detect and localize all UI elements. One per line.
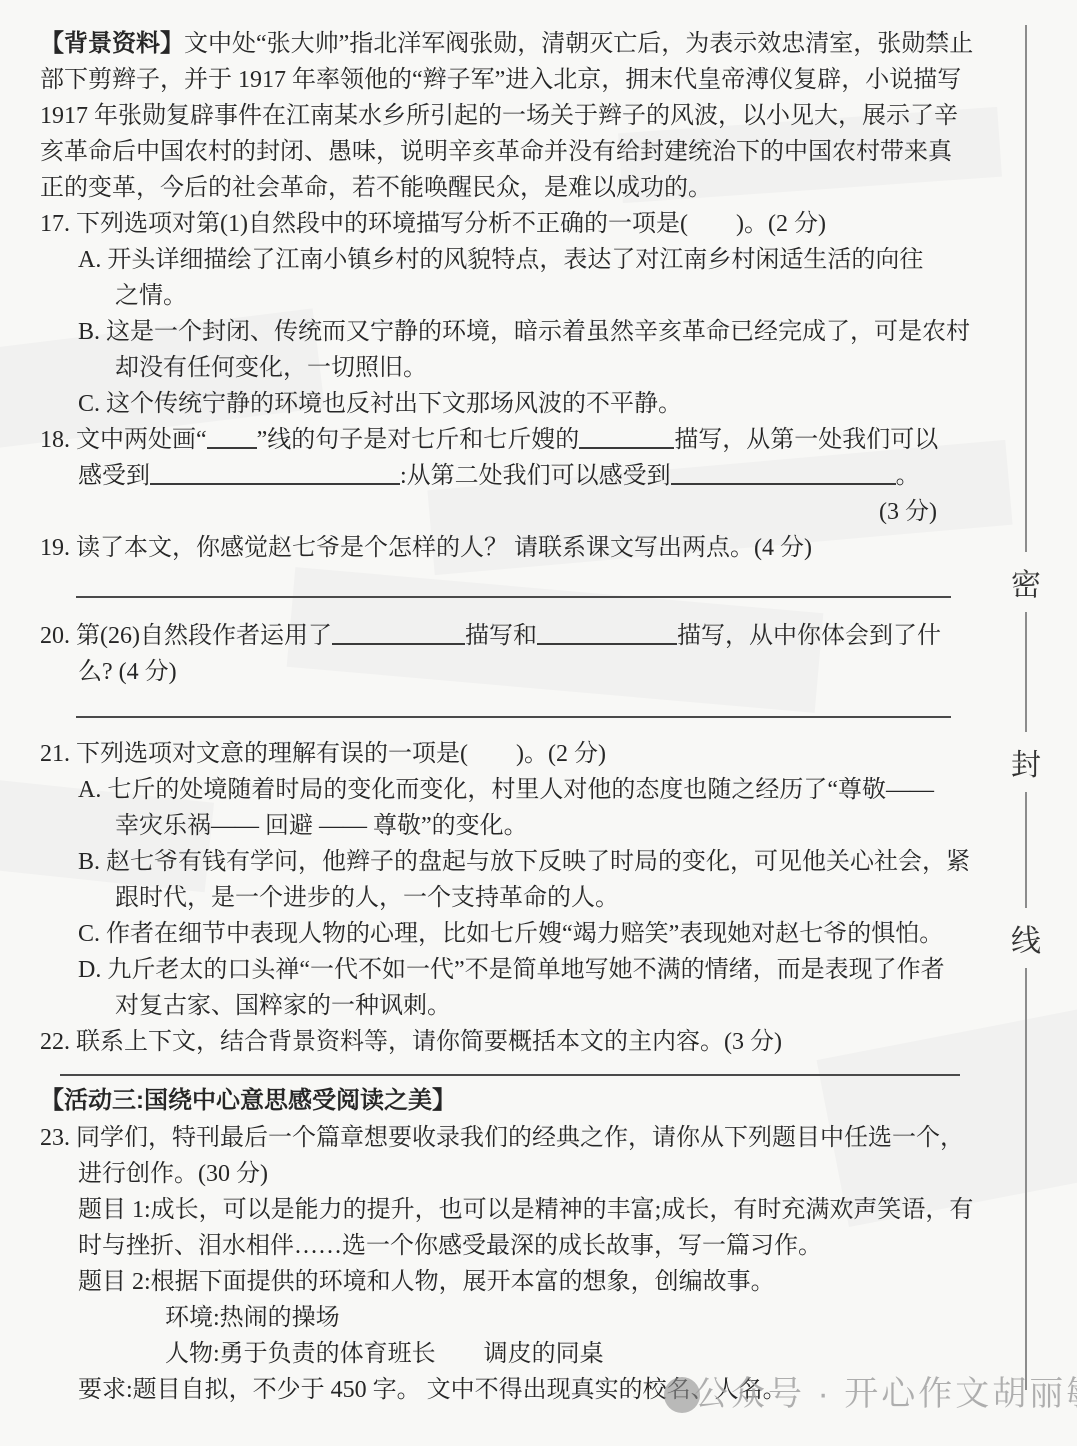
question-18-line1: 18. 文中两处画“”线的句子是对七斤和七斤嫂的描写，从第一处我们可以 [40,422,987,458]
question-21-option-c: C. 作者在细节中表现人物的心理，比如七斤嫂“竭力赔笑”表现她对赵七爷的惧怕。 [78,916,987,952]
answer-line [76,596,951,598]
question-23-environment: 环境:热闹的操场 [165,1300,987,1336]
question-17-option-a: A. 开头详细描绘了江南小镇乡村的风貌特点，表达了对江南乡村闲适生活的向往 [78,242,987,278]
question-17-option-a-wrap: 之情。 [115,278,987,314]
question-21-option-a: A. 七斤的处境随着时局的变化而变化，村里人对他的态度也随之经历了“尊敬—— [78,772,987,808]
question-21-option-b-wrap: 跟时代，是一个进步的人，一个支持革命的人。 [115,880,987,916]
question-18-line2: 感受到:从第二处我们可以感受到。 [78,458,987,494]
background-box-line: 1917 年张勋复辟事件在江南某水乡所引起的一场关于辫子的风波，以小见大，展示了… [40,98,987,134]
question-23-line1: 23. 同学们，特刊最后一个篇章想要收录我们的经典之作，请你从下列题目中任选一个… [40,1120,987,1156]
seal-divider-line [1025,25,1027,1390]
question-17-stem: 17. 下列选项对第(1)自然段中的环境描写分析不正确的一项是( )。(2 分) [40,206,987,242]
background-box-line: 部下剪辫子，并于 1917 年率领他的“辫子军”进入北京，拥末代皇帝溥仪复辟，小… [40,62,987,98]
question-20-text: 20. 第(26)自然段作者运用了 [40,623,332,649]
question-20-line2: 么? (4 分) [78,654,987,690]
question-18-text: 。 [896,463,920,489]
question-21-option-d-wrap: 对复古家、国粹家的一种讽刺。 [115,988,987,1024]
background-box-text: 文中处“张大帅”指北洋军阀张勋，清朝灭亡后，为表示效忠清室，张勋禁止 [184,31,973,57]
fill-blank [579,427,674,449]
answer-line [60,1074,960,1076]
fill-blank [207,427,257,449]
question-17-option-c: C. 这个传统宁静的环境也反衬出下文那场风波的不平静。 [78,386,987,422]
fill-blank [537,623,677,645]
background-box-line: 正的变革，今后的社会革命，若不能唤醒民众，是难以成功的。 [40,170,987,206]
answer-line [76,716,951,718]
seal-char-xian: 线 [1006,908,1046,968]
question-18-text: ”线的句子是对七斤和七斤嫂的 [257,427,580,453]
question-21-option-b: B. 赵七爷有钱有学问，他辫子的盘起与放下反映了时局的变化，可见他关心社会，紧 [78,844,987,880]
question-18-text: 感受到 [78,463,150,489]
question-18-text: 18. 文中两处画“ [40,427,207,453]
watermark-text: 公众号 · 开心作文胡丽敏 [694,1372,1077,1416]
question-17-option-b: B. 这是一个封闭、传统而又宁静的环境，暗示着虽然辛亥革命已经完成了，可是农村 [78,314,987,350]
seal-char-mi: 密 [1006,552,1046,612]
background-box-line: 【背景资料】文中处“张大帅”指北洋军阀张勋，清朝灭亡后，为表示效忠清室，张勋禁止 [40,26,987,62]
background-box-label: 【背景资料】 [40,30,184,57]
question-22-stem: 22. 联系上下文，结合背景资料等，请你简要概括本文的主内容。(3 分) [40,1024,987,1060]
question-18-text: :从第二处我们可以感受到 [400,463,671,489]
question-21-option-d: D. 九斤老太的口头禅“一代不如一代”不是简单地写她不满的情绪，而是表现了作者 [78,952,987,988]
question-18-text: 描写，从第一处我们可以 [674,427,938,453]
section-header-activity-3: 【活动三:国绕中心意思感受阅读之美】 [40,1082,987,1120]
fill-blank [332,623,465,645]
question-21-option-a-wrap: 幸灾乐祸—— 回避 —— 尊敬”的变化。 [115,808,987,844]
question-21-stem: 21. 下列选项对文意的理解有误的一项是( )。(2 分) [40,736,987,772]
question-20-text: 描写和 [465,623,537,649]
question-23-characters: 人物:勇于负责的体育班长 调皮的同桌 [165,1336,987,1372]
question-23-topic1-line1: 题目 1:成长，可以是能力的提升，也可以是精神的丰富;成长，有时充满欢声笑语，有 [78,1192,987,1228]
background-box-line: 亥革命后中国农村的封闭、愚味，说明辛亥革命并没有给封建统治下的中国农村带来真 [40,134,987,170]
seal-char-feng: 封 [1006,732,1046,792]
fill-blank [671,463,896,485]
question-20-line1: 20. 第(26)自然段作者运用了描写和描写，从中你体会到了什 [40,618,987,654]
question-18-score: (3 分) [40,494,987,530]
fill-blank [150,463,400,485]
question-23-topic1-line2: 时与挫折、泪水相伴……选一个你感受最深的成长故事，写一篇习作。 [78,1228,987,1264]
question-23-topic2: 题目 2:根据下面提供的环境和人物，展开本富的想象，创编故事。 [78,1264,987,1300]
question-20-text: 描写，从中你体会到了什 [677,623,941,649]
exam-page: 【背景资料】文中处“张大帅”指北洋军阀张勋，清朝灭亡后，为表示效忠清室，张勋禁止… [0,0,1077,1446]
exam-content: 【背景资料】文中处“张大帅”指北洋军阀张勋，清朝灭亡后，为表示效忠清室，张勋禁止… [40,26,987,1408]
question-23-line2: 进行创作。(30 分) [78,1156,987,1192]
question-19-stem: 19. 读了本文，你感觉赵七爷是个怎样的人？ 请联系课文写出两点。(4 分) [40,530,987,566]
question-17-option-b-wrap: 却没有任何变化，一切照旧。 [115,350,987,386]
